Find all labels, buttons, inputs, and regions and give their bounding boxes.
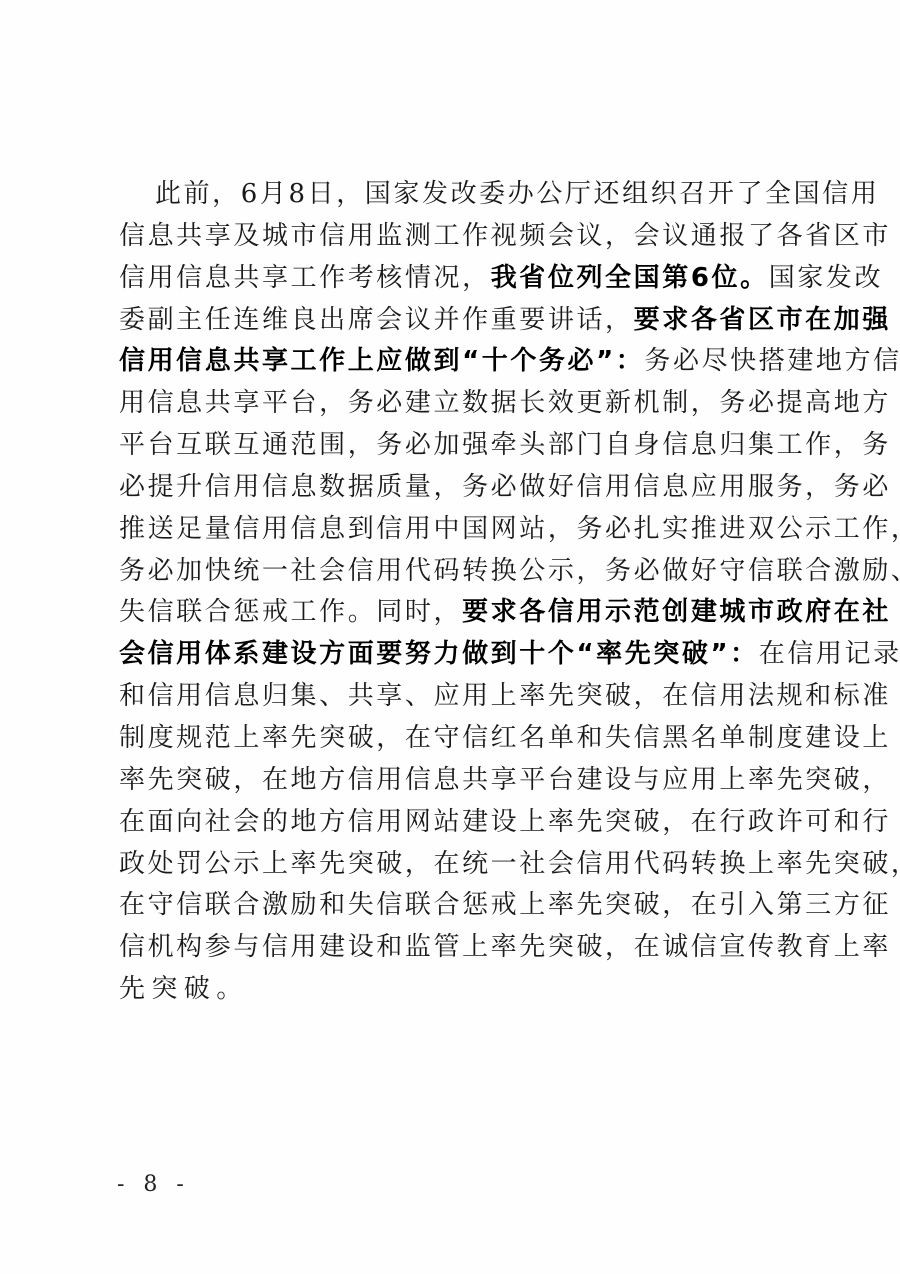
text-segment: 委 副 主 任 连 维 良 出 席 会 议 并 作 重 要 讲 话 ， xyxy=(119,305,631,335)
text-segment: 制 度 规 范 上 率 先 突 破 ， 在 守 信 红 名 单 和 失 信 黑 … xyxy=(119,723,888,753)
text-segment: 此 前 ， 6 月 8 日 ， 国 家 发 改 委 办 公 厅 还 组 织 召 … xyxy=(155,179,877,209)
text-segment: 信 用 信 息 共 享 工 作 考 核 情 况 ， xyxy=(119,263,488,293)
bold-text-segment: 会 信 用 体 系 建 设 方 面 要 努 力 做 到 十 个 “ 率 先 突 … xyxy=(119,639,756,669)
text-line: 信 用 信 息 共 享 工 作 考 核 情 况 ， 我 省 位 列 全 国 第 … xyxy=(119,258,775,300)
text-segment: 在 信 用 记 录 xyxy=(759,639,899,669)
text-segment: 信 机 构 参 与 信 用 建 设 和 监 管 上 率 先 突 破 ， 在 诚 … xyxy=(119,932,888,962)
text-line: 在 面 向 社 会 的 地 方 信 用 网 站 建 设 上 率 先 突 破 ， … xyxy=(119,802,775,844)
text-segment: 先突破。 xyxy=(119,974,249,1004)
text-segment: 失 信 联 合 惩 戒 工 作 。 同 时 ， xyxy=(119,597,460,627)
text-segment: 推 送 足 量 信 用 信 息 到 信 用 中 国 网 站 ， 务 必 扎 实 … xyxy=(119,514,900,544)
text-line: 信 机 构 参 与 信 用 建 设 和 监 管 上 率 先 突 破 ， 在 诚 … xyxy=(119,927,775,969)
text-segment: 必 提 升 信 用 信 息 数 据 质 量 ， 务 必 做 好 信 用 信 息 … xyxy=(119,472,888,502)
text-line: 率 先 突 破 ， 在 地 方 信 用 信 息 共 享 平 台 建 设 与 应 … xyxy=(119,760,775,802)
text-line: 会 信 用 体 系 建 设 方 面 要 努 力 做 到 十 个 “ 率 先 突 … xyxy=(119,634,775,676)
text-line: 信 用 信 息 共 享 工 作 上 应 做 到 “ 十 个 务 必 ” ： 务 … xyxy=(119,341,775,383)
page-number: - 8 - xyxy=(117,1172,190,1197)
text-line: 平 台 互 联 互 通 范 围 ， 务 必 加 强 牵 头 部 门 自 身 信 … xyxy=(119,425,775,467)
text-segment: 用 信 息 共 享 平 台 ， 务 必 建 立 数 据 长 效 更 新 机 制 … xyxy=(119,388,888,418)
text-segment: 务 必 尽 快 搭 建 地 方 信 xyxy=(644,346,899,376)
text-line: 和 信 用 信 息 归 集 、 共 享 、 应 用 上 率 先 突 破 ， 在 … xyxy=(119,676,775,718)
text-line: 此 前 ， 6 月 8 日 ， 国 家 发 改 委 办 公 厅 还 组 织 召 … xyxy=(119,174,775,216)
text-line: 务 必 加 快 统 一 社 会 信 用 代 码 转 换 公 示 ， 务 必 做 … xyxy=(119,551,775,593)
text-line: 推 送 足 量 信 用 信 息 到 信 用 中 国 网 站 ， 务 必 扎 实 … xyxy=(119,509,775,551)
text-line: 信 息 共 享 及 城 市 信 用 监 测 工 作 视 频 会 议 ， 会 议 … xyxy=(119,216,775,258)
document-page: 此 前 ， 6 月 8 日 ， 国 家 发 改 委 办 公 厅 还 组 织 召 … xyxy=(0,0,900,1274)
text-segment: 平 台 互 联 互 通 范 围 ， 务 必 加 强 牵 头 部 门 自 身 信 … xyxy=(119,430,888,460)
text-segment: 政 处 罚 公 示 上 率 先 突 破 ， 在 统 一 社 会 信 用 代 码 … xyxy=(119,849,900,879)
text-segment: 务 必 加 快 统 一 社 会 信 用 代 码 转 换 公 示 ， 务 必 做 … xyxy=(119,556,900,586)
bold-text-segment: 要 求 各 信 用 示 范 创 建 城 市 政 府 在 社 xyxy=(462,597,888,627)
text-line: 委 副 主 任 连 维 良 出 席 会 议 并 作 重 要 讲 话 ， 要 求 … xyxy=(119,300,775,342)
text-segment: 国 家 发 改 xyxy=(769,263,881,293)
bold-text-segment: 要 求 各 省 区 市 在 加 强 xyxy=(634,305,889,335)
text-segment: 率 先 突 破 ， 在 地 方 信 用 信 息 共 享 平 台 建 设 与 应 … xyxy=(119,765,888,795)
text-line: 先突破。 xyxy=(119,969,775,1011)
text-line: 失 信 联 合 惩 戒 工 作 。 同 时 ， 要 求 各 信 用 示 范 创 … xyxy=(119,592,775,634)
text-segment: 和 信 用 信 息 归 集 、 共 享 、 应 用 上 率 先 突 破 ， 在 … xyxy=(119,681,888,711)
text-segment: 信 息 共 享 及 城 市 信 用 监 测 工 作 视 频 会 议 ， 会 议 … xyxy=(119,221,888,251)
text-segment: 在 守 信 联 合 激 励 和 失 信 联 合 惩 戒 上 率 先 突 破 ， … xyxy=(119,890,888,920)
bold-text-segment: 我 省 位 列 全 国 第 6 位 。 xyxy=(491,263,766,293)
text-line: 政 处 罚 公 示 上 率 先 突 破 ， 在 统 一 社 会 信 用 代 码 … xyxy=(119,844,775,886)
text-line: 用 信 息 共 享 平 台 ， 务 必 建 立 数 据 长 效 更 新 机 制 … xyxy=(119,383,775,425)
text-line: 在 守 信 联 合 激 励 和 失 信 联 合 惩 戒 上 率 先 突 破 ， … xyxy=(119,885,775,927)
bold-text-segment: 信 用 信 息 共 享 工 作 上 应 做 到 “ 十 个 务 必 ” ： xyxy=(119,346,642,376)
body-paragraph: 此 前 ， 6 月 8 日 ， 国 家 发 改 委 办 公 厅 还 组 织 召 … xyxy=(119,174,775,1011)
text-line: 制 度 规 范 上 率 先 突 破 ， 在 守 信 红 名 单 和 失 信 黑 … xyxy=(119,718,775,760)
text-segment: 在 面 向 社 会 的 地 方 信 用 网 站 建 设 上 率 先 突 破 ， … xyxy=(119,807,888,837)
text-line: 必 提 升 信 用 信 息 数 据 质 量 ， 务 必 做 好 信 用 信 息 … xyxy=(119,467,775,509)
